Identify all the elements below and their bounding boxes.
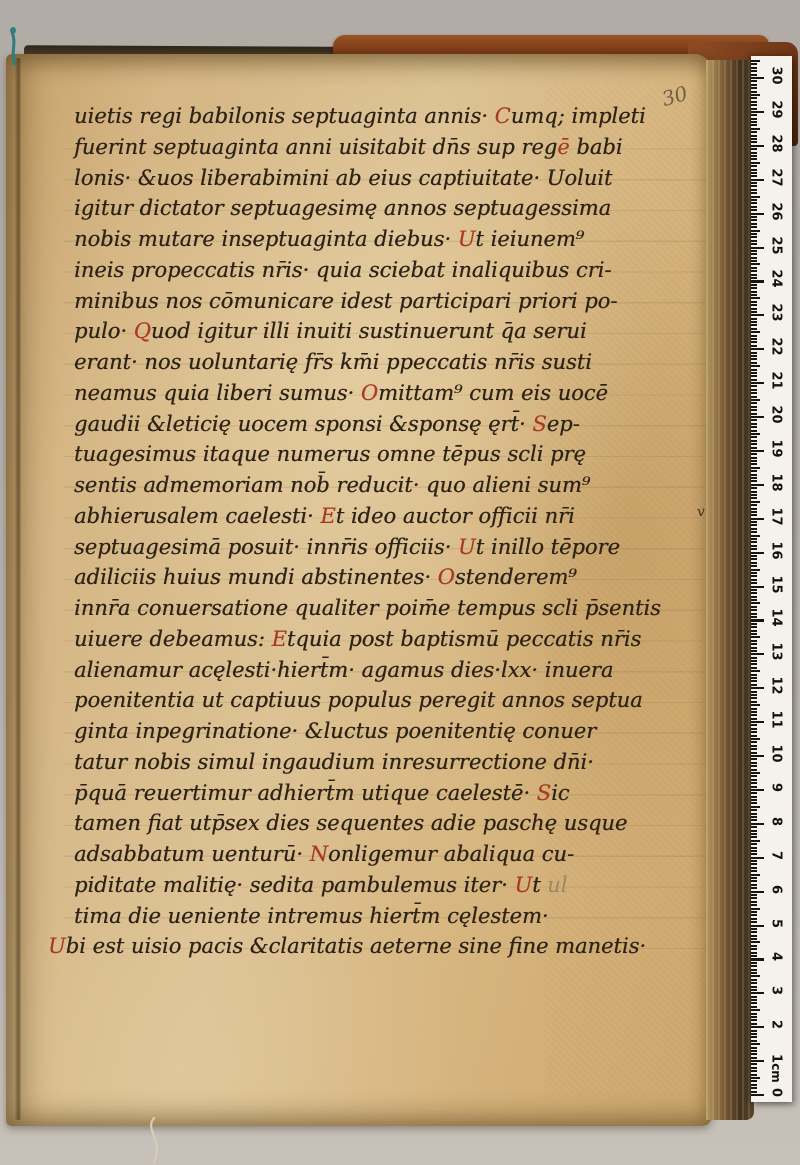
ruler-tick — [751, 501, 760, 503]
ruler-tick — [751, 935, 757, 937]
ruler-number: 10 — [769, 744, 784, 764]
ruler-tick — [751, 1040, 757, 1042]
ruler-tick — [751, 775, 757, 777]
manuscript-line: alienamur acęlesti·hiert̄m· agamus dies·… — [74, 655, 722, 686]
ruler-tick — [751, 806, 760, 808]
manuscript-line: sentis admemoriam nob̄ reducit· quo alie… — [74, 470, 722, 501]
ruler-tick — [751, 447, 757, 449]
ruler-tick — [751, 497, 757, 499]
ruler-tick — [751, 199, 757, 201]
ruler-tick — [751, 945, 757, 947]
ruler-tick — [751, 877, 757, 879]
ruler-number: 17 — [769, 506, 784, 526]
ruler-tick — [751, 396, 757, 398]
ruler-tick — [751, 687, 764, 689]
ruler-tick — [751, 538, 757, 540]
manuscript-line: adiliciis huius mundi abstinentes· Osten… — [74, 562, 722, 593]
ruler-tick — [751, 1006, 757, 1008]
ruler-number: 27 — [769, 167, 784, 187]
ruler-tick — [751, 555, 757, 557]
ruler-tick — [751, 348, 764, 350]
ruler-tick — [751, 426, 757, 428]
ruler-tick — [751, 596, 757, 598]
ruler-tick — [751, 392, 757, 394]
ruler-tick — [751, 240, 757, 242]
ruler-tick — [751, 247, 764, 249]
ruler-tick — [751, 331, 760, 333]
ruler-tick — [751, 1036, 757, 1038]
ruler-tick — [751, 633, 757, 635]
ruler-tick — [751, 735, 757, 737]
ruler-tick — [751, 518, 764, 520]
ruler-tick — [751, 413, 757, 415]
line-text: uiuere debeamus: — [74, 627, 272, 651]
ruler-tick — [751, 1070, 757, 1072]
ruler-tick — [751, 487, 757, 489]
ruler-tick — [751, 853, 757, 855]
manuscript-line: poenitentia ut captiuus populus peregit … — [74, 685, 722, 716]
ruler-tick — [751, 992, 764, 994]
ruler-tick — [751, 491, 757, 493]
manuscript-line: Ubi est uisio pacis &claritatis aeterne … — [48, 931, 722, 962]
ruler-tick — [751, 738, 760, 740]
ruler-unit-label: cm — [769, 1063, 783, 1083]
ruler-tick — [751, 769, 757, 771]
ruler-tick — [751, 77, 764, 79]
ruler-tick — [751, 799, 757, 801]
ruler-tick — [751, 165, 757, 167]
ruler-tick — [751, 972, 757, 974]
ruler-tick — [751, 524, 757, 526]
manuscript-line: ginta inpegrinatione· &luctus poenitenti… — [74, 716, 722, 747]
ruler-tick — [751, 809, 757, 811]
ruler-tick — [751, 321, 757, 323]
ruler-tick — [751, 450, 764, 452]
line-text: tatur nobis simul ingaudium inresurrecti… — [74, 750, 594, 774]
manuscript-line: neamus quia liberi sumus· Omittam⁹ cum e… — [74, 378, 722, 409]
ruler-number: 5 — [769, 913, 784, 933]
ruler-tick — [751, 453, 757, 455]
line-text: ginta inpegrinatione· &luctus poenitenti… — [74, 719, 596, 743]
ruler-tick — [751, 219, 757, 221]
ruler-number: 26 — [769, 201, 784, 221]
ruler-tick — [751, 962, 757, 964]
ruler-tick — [751, 233, 757, 235]
ruler-tick — [751, 979, 757, 981]
ruler-tick — [751, 402, 757, 404]
ruler-tick — [751, 74, 757, 76]
ruler-number: 22 — [769, 337, 784, 357]
manuscript-line: ineis propeccatis nr̄is· quia sciebat in… — [74, 255, 722, 286]
ruler-tick — [751, 436, 757, 438]
ruler-tick — [751, 226, 757, 228]
line-text: t — [532, 873, 547, 897]
ruler-tick — [751, 789, 764, 791]
ruler-tick — [751, 925, 764, 927]
line-text: t inillo tēpore — [476, 535, 620, 559]
ruler-tick — [751, 443, 757, 445]
line-text: neamus quia liberi sumus· — [74, 381, 361, 405]
ruler-tick — [751, 606, 757, 608]
ruler-number: 9 — [769, 777, 784, 797]
ruler-number: 16 — [769, 540, 784, 560]
ruler-tick — [751, 782, 757, 784]
manuscript-line: tatur nobis simul ingaudium inresurrecti… — [74, 747, 722, 778]
ruler-tick — [751, 667, 757, 669]
rubricated-initial: S — [532, 412, 546, 436]
ruler-tick — [751, 748, 757, 750]
ruler-tick — [751, 779, 757, 781]
ruler-tick — [751, 369, 757, 371]
ruler-tick — [751, 480, 757, 482]
ruler-tick — [751, 796, 757, 798]
ruler-tick — [751, 430, 757, 432]
ruler-tick — [751, 101, 757, 103]
rubricated-initial: N — [310, 842, 328, 866]
measurement-ruler: 3029282726252423222120191817161514131211… — [751, 56, 792, 1102]
ruler-tick — [751, 169, 757, 171]
line-text: innr̄a conuersatione qualiter poim̄e tem… — [74, 596, 661, 620]
rubricated-initial: Q — [134, 319, 151, 343]
rubricated-initial: U — [514, 873, 532, 897]
ruler-tick — [751, 721, 764, 723]
ruler-tick — [751, 341, 757, 343]
ruler-tick — [751, 755, 764, 757]
ruler-tick — [751, 1074, 757, 1076]
ruler-tick — [751, 545, 757, 547]
ruler-number: 21 — [769, 371, 784, 391]
ruler-tick — [751, 711, 757, 713]
manuscript-line: tuagesimus itaque numerus omne tēpus scl… — [74, 439, 722, 470]
ruler-tick — [751, 63, 757, 65]
ruler-tick — [751, 1043, 760, 1045]
rubricated-initial: U — [48, 934, 66, 958]
ruler-tick — [751, 660, 757, 662]
ruler-tick — [751, 504, 757, 506]
ruler-tick — [751, 708, 757, 710]
text-block: uietis regi babilonis septuaginta annis·… — [74, 101, 722, 962]
ruler-tick — [751, 1002, 757, 1004]
ruler-tick — [751, 318, 757, 320]
ruler-tick — [751, 1033, 757, 1035]
line-text: alienamur acęlesti·hiert̄m· agamus dies·… — [74, 658, 613, 682]
ruler-tick — [751, 745, 757, 747]
ruler-tick — [751, 1087, 757, 1089]
ruler-tick — [751, 528, 757, 530]
ruler-tick — [751, 565, 757, 567]
ruler-number: 28 — [769, 133, 784, 153]
ruler-tick — [751, 67, 757, 69]
ruler-tick — [751, 1013, 757, 1015]
line-text: ineis propeccatis nr̄is· quia sciebat in… — [74, 258, 611, 282]
ruler-number: 20 — [769, 405, 784, 425]
ruler-tick — [751, 243, 757, 245]
line-text: poenitentia ut captiuus populus peregit … — [74, 688, 643, 712]
ruler-tick — [751, 277, 757, 279]
ruler-tick — [751, 511, 757, 513]
ruler-tick — [751, 958, 764, 960]
ruler-tick — [751, 362, 757, 364]
ruler-tick — [751, 728, 757, 730]
ruler-tick — [751, 311, 757, 313]
ruler-tick — [751, 535, 760, 537]
ruler-tick — [751, 802, 757, 804]
manuscript-line: innr̄a conuersatione qualiter poim̄e tem… — [74, 593, 722, 624]
ruler-tick — [751, 389, 757, 391]
ruler-tick — [751, 185, 757, 187]
ruler-tick — [751, 1067, 757, 1069]
ruler-tick — [751, 124, 757, 126]
line-text: uietis regi babilonis septuaginta annis· — [74, 104, 495, 128]
ruler-tick — [751, 80, 757, 82]
ruler-tick — [751, 287, 757, 289]
ruler-number: 30 — [769, 66, 784, 86]
ruler-tick — [751, 260, 757, 262]
ruler-tick — [751, 847, 757, 849]
ruler-tick — [751, 152, 757, 154]
manuscript-line: tima die ueniente intremus hiert̄m cęles… — [74, 901, 722, 932]
line-text: t ieiunem⁹ — [475, 227, 584, 251]
ruler-tick — [751, 114, 757, 116]
ruler-number: 2 — [769, 1015, 784, 1035]
ruler-tick — [751, 304, 757, 306]
ruler-tick — [751, 850, 757, 852]
ruler-tick — [751, 901, 757, 903]
line-text: tima die ueniente intremus hiert̄m cęles… — [74, 904, 549, 928]
ruler-tick — [751, 1053, 757, 1055]
ruler-number: 25 — [769, 235, 784, 255]
ruler-tick — [751, 508, 757, 510]
line-text: erant· nos uoluntarię fr̄s km̄i ppeccati… — [74, 350, 592, 374]
ruler-tick — [751, 297, 760, 299]
rubricated-initial: O — [438, 565, 455, 589]
page-fore-edges — [706, 60, 754, 1120]
ruler-tick — [751, 982, 757, 984]
manuscript-line: abhierusalem caelesti· Et ideo auctor of… — [74, 501, 722, 532]
ruler-tick — [751, 1026, 764, 1028]
line-text: adsabbatum uenturū· — [74, 842, 310, 866]
ruler-tick — [751, 274, 757, 276]
ruler-tick — [751, 589, 757, 591]
ruler-tick — [751, 328, 757, 330]
ruler-tick — [751, 562, 757, 564]
ruler-tick — [751, 724, 757, 726]
manuscript-line: igitur dictator septuagesimę annos septu… — [74, 193, 722, 224]
ruler-tick — [751, 223, 757, 225]
ruler-tick — [751, 1084, 757, 1086]
ruler-tick — [751, 657, 757, 659]
ruler-tick — [751, 674, 757, 676]
line-text: t ideo auctor officii nr̄i — [336, 504, 575, 528]
ruler-tick — [751, 816, 757, 818]
ruler-tick — [751, 314, 764, 316]
ruler-tick — [751, 158, 757, 160]
ruler-tick — [751, 833, 757, 835]
ruler-tick — [751, 701, 757, 703]
photo-background: { "photo": { "folio_number": "30", "marg… — [0, 0, 800, 1165]
ruler-tick — [751, 406, 757, 408]
ruler-tick — [751, 399, 760, 401]
bookmark-thread-icon — [0, 24, 28, 66]
ruler-tick — [751, 870, 757, 872]
ruler-tick — [751, 209, 757, 211]
ruler-tick — [751, 1050, 757, 1052]
line-text: tuagesimus itaque numerus omne tēpus scl… — [74, 442, 586, 466]
ruler-tick — [751, 463, 757, 465]
ruler-number: 7 — [769, 845, 784, 865]
ruler-tick — [751, 586, 764, 588]
ruler-tick — [751, 969, 757, 971]
ruler-tick — [751, 904, 757, 906]
ruler-tick — [751, 131, 757, 133]
ruler-number: 13 — [769, 642, 784, 662]
ruler-number: 0 — [769, 1083, 784, 1103]
ruler-tick — [751, 826, 757, 828]
ruler-tick — [751, 609, 757, 611]
ruler-tick — [751, 599, 757, 601]
ruler-number: 15 — [769, 574, 784, 594]
ruler-tick — [751, 1009, 760, 1011]
ruler-tick — [751, 1063, 757, 1065]
ruler-tick — [751, 616, 757, 618]
line-text: abhierusalem caelesti· — [74, 504, 320, 528]
ruler-number: 11 — [769, 710, 784, 730]
ruler-number: 29 — [769, 99, 784, 119]
ruler-tick — [751, 636, 760, 638]
ruler-tick — [751, 965, 757, 967]
ruler-tick — [751, 541, 757, 543]
ruler-tick — [751, 409, 757, 411]
ruler-tick — [751, 494, 757, 496]
ruler-tick — [751, 335, 757, 337]
ruler-tick — [751, 352, 757, 354]
ruler-number: 3 — [769, 981, 784, 1001]
manuscript-line: p̄quā reuertimur adhiert̄m utique caeles… — [74, 778, 722, 809]
ruler-tick — [751, 874, 760, 876]
ruler-tick — [751, 619, 764, 621]
ruler-tick — [751, 440, 757, 442]
ruler-tick — [751, 484, 764, 486]
ruler-tick — [751, 382, 764, 384]
ruler-tick — [751, 643, 757, 645]
ruler-tick — [751, 741, 757, 743]
ruler-tick — [751, 863, 757, 865]
line-text: sentis admemoriam nob̄ reducit· quo alie… — [74, 473, 590, 497]
ruler-tick — [751, 952, 757, 954]
ruler-tick — [751, 60, 760, 62]
ruler-tick — [751, 1060, 764, 1062]
manuscript-line: lonis· &uos liberabimini ab eius captiui… — [74, 163, 722, 194]
ruler-tick — [751, 718, 757, 720]
ruler-tick — [751, 914, 757, 916]
ruler-tick — [751, 684, 757, 686]
ruler-tick — [751, 830, 757, 832]
ruler-tick — [751, 582, 757, 584]
rubricated-initial: E — [272, 627, 287, 651]
ruler-tick — [751, 213, 764, 215]
ruler-number: 18 — [769, 472, 784, 492]
ruler-tick — [751, 762, 757, 764]
ruler-tick — [751, 216, 757, 218]
rubricated-initial: E — [320, 504, 335, 528]
ruler-tick — [751, 670, 760, 672]
ruler-tick — [751, 514, 757, 516]
ruler-tick — [751, 379, 757, 381]
ruler-tick — [751, 253, 757, 255]
line-text: adiliciis huius mundi abstinentes· — [74, 565, 438, 589]
ruler-tick — [751, 819, 757, 821]
ruler-number: 19 — [769, 438, 784, 458]
ruler-tick — [751, 375, 757, 377]
ruler-tick — [751, 162, 760, 164]
line-text: ep- — [547, 412, 580, 436]
ruler-tick — [751, 758, 757, 760]
ruler-tick — [751, 474, 757, 476]
rubricated-initial: U — [458, 227, 476, 251]
ruler-tick — [751, 663, 757, 665]
ruler-tick — [751, 880, 757, 882]
line-text: septuagesimā posuit· innr̄is officiis· — [74, 535, 458, 559]
ruler-tick — [751, 324, 757, 326]
ruler-tick — [751, 647, 757, 649]
ruler-tick — [751, 172, 757, 174]
ruler-number: 6 — [769, 879, 784, 899]
ruler-tick — [751, 141, 757, 143]
ruler-tick — [751, 558, 757, 560]
ruler-tick — [751, 691, 757, 693]
ruler-tick — [751, 267, 757, 269]
ruler-tick — [751, 270, 757, 272]
ruler-tick — [751, 206, 757, 208]
ruler-tick — [751, 423, 757, 425]
ruler-tick — [751, 569, 760, 571]
ruler-tick — [751, 999, 757, 1001]
ruler-tick — [751, 680, 757, 682]
ruler-tick — [751, 731, 757, 733]
ruler-tick — [751, 365, 760, 367]
ruler-tick — [751, 572, 757, 574]
ruler-tick — [751, 345, 757, 347]
line-text: gaudii &leticię uocem sponsi &sponsę ęrt… — [74, 412, 532, 436]
ruler-number: 23 — [769, 303, 784, 323]
manuscript-line: adsabbatum uenturū· Nonligemur abaliqua … — [74, 839, 722, 870]
ruler-tick — [751, 921, 757, 923]
line-text: babi — [570, 135, 623, 159]
ruler-tick — [751, 704, 760, 706]
ruler-tick — [751, 1030, 757, 1032]
ruler-tick — [751, 887, 757, 889]
ruler-tick — [751, 94, 760, 96]
ruler-tick — [751, 84, 757, 86]
line-text: minibus nos cōmunicare idest participari… — [74, 289, 617, 313]
manuscript-line: minibus nos cōmunicare idest participari… — [74, 286, 722, 317]
ruler-tick — [751, 521, 757, 523]
ruler-tick — [751, 714, 757, 716]
ruler-tick — [751, 470, 757, 472]
ruler-tick — [751, 677, 757, 679]
manuscript-line: erant· nos uoluntarię fr̄s km̄i ppeccati… — [74, 347, 722, 378]
line-text: stenderem⁹ — [455, 565, 577, 589]
ruler-tick — [751, 1091, 757, 1093]
ruler-tick — [751, 640, 757, 642]
ruler-tick — [751, 182, 757, 184]
ruler-tick — [751, 1023, 757, 1025]
ruler-tick — [751, 1077, 760, 1079]
ruler-tick — [751, 867, 757, 869]
line-text: onligemur abaliqua cu- — [328, 842, 574, 866]
ruler-tick — [751, 121, 757, 123]
ruler-tick — [751, 860, 757, 862]
